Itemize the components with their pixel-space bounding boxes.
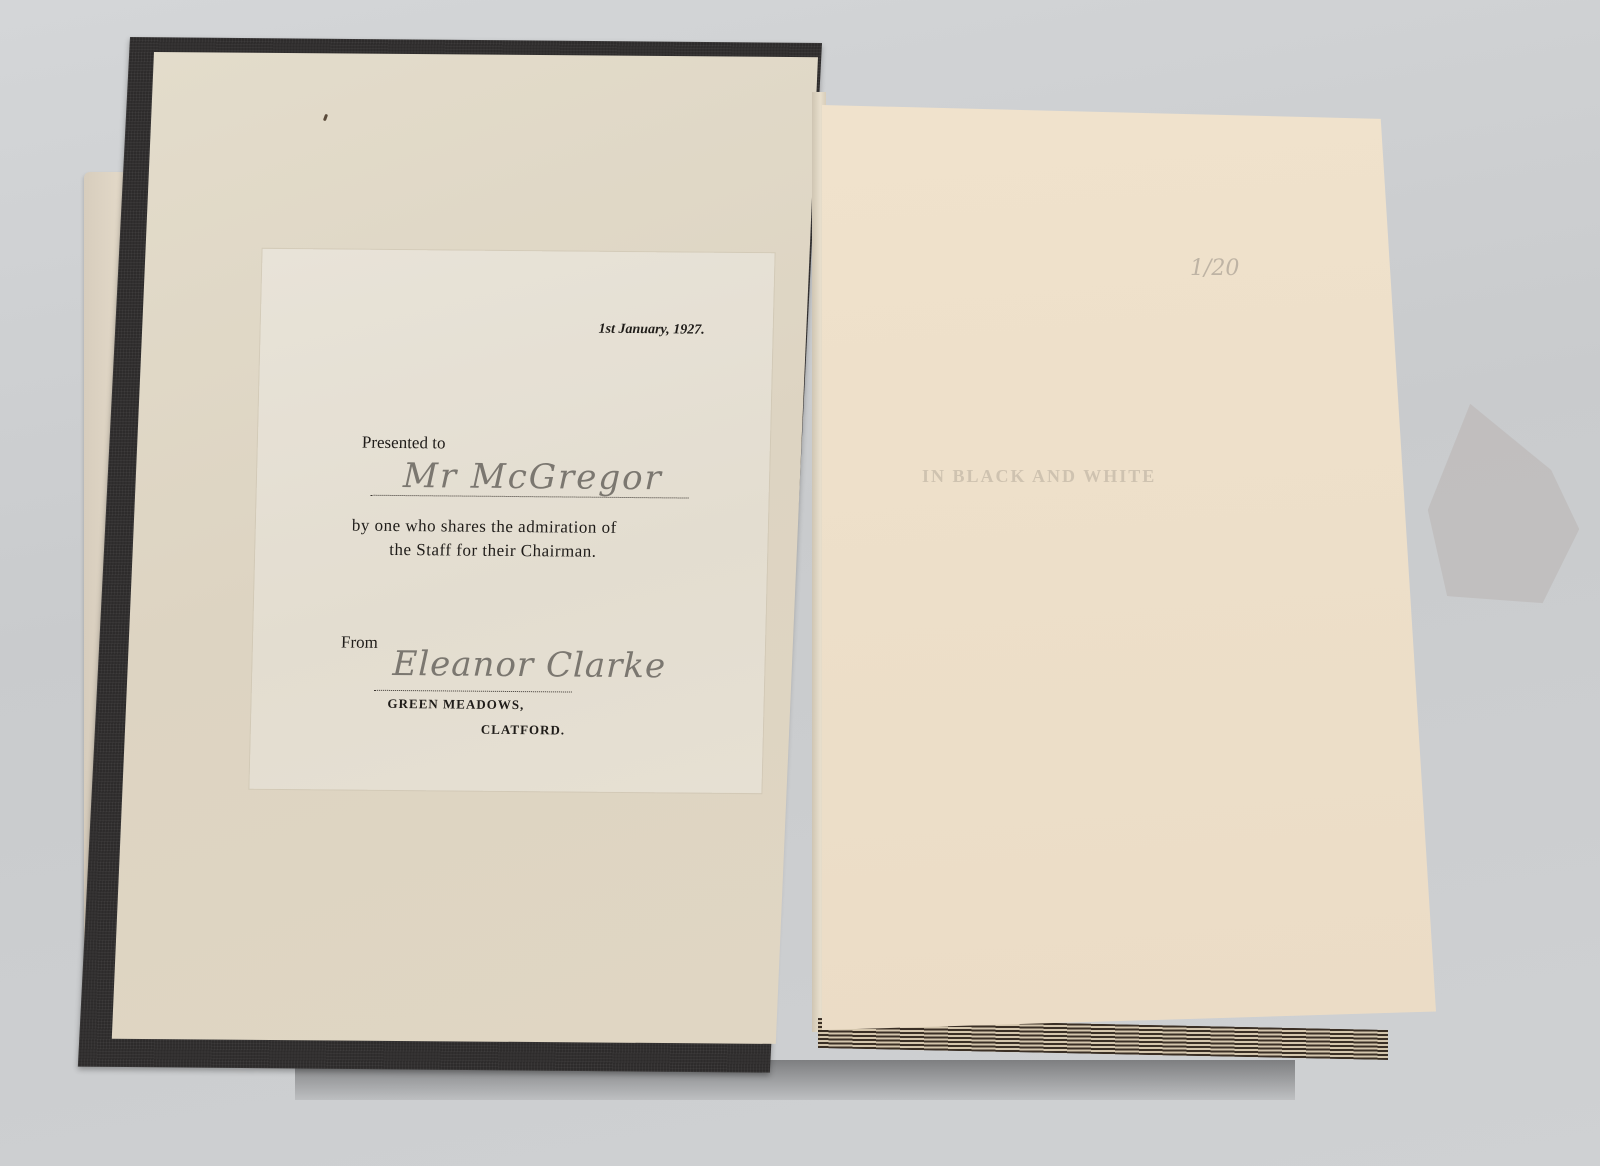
- faint-page-title: IN BLACK AND WHITE: [922, 466, 1222, 487]
- giver-dotted-line: [374, 690, 572, 693]
- from-label: From: [341, 633, 378, 653]
- bookplate-date: 1st January, 1927.: [598, 322, 704, 339]
- address-line-1: GREEN MEADOWS,: [387, 696, 524, 713]
- presented-to-label: Presented to: [362, 433, 446, 454]
- presentation-bookplate: 1st January, 1927. Presented to Mr McGre…: [249, 249, 774, 793]
- address-line-2: CLATFORD.: [481, 722, 566, 739]
- half-title-page: [822, 105, 1436, 1030]
- dedication-line-1: by one who shares the admiration of: [352, 516, 617, 538]
- recipient-signature: Mr McGregor: [403, 456, 664, 498]
- dedication-line-2: the Staff for their Chairman.: [389, 540, 597, 562]
- giver-signature: Eleanor Clarke: [392, 644, 667, 686]
- pencil-price-note: 1/20: [1190, 256, 1239, 281]
